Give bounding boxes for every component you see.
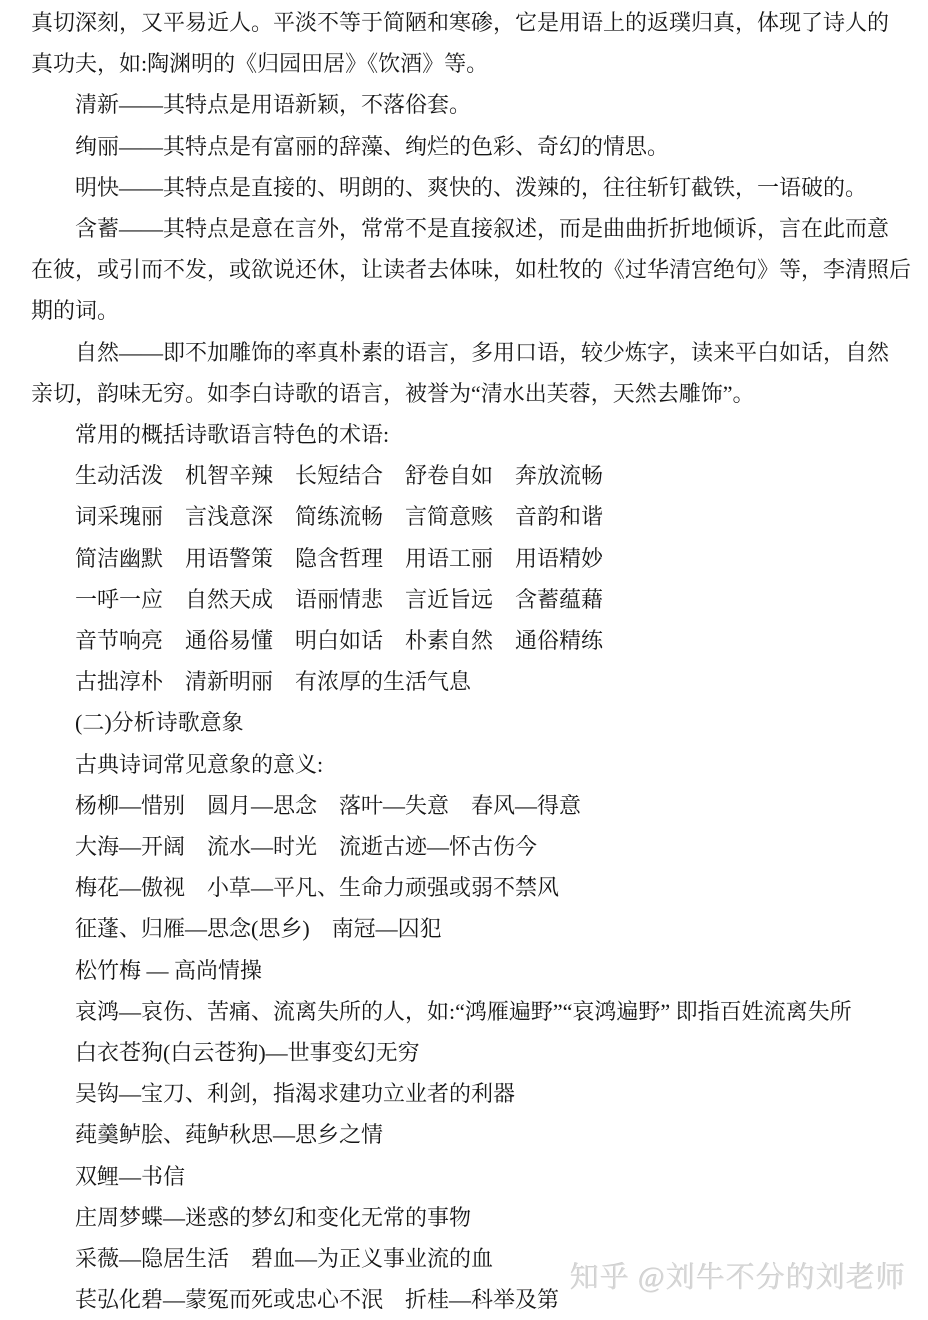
paragraph-qingxin: 清新——其特点是用语新颖，不落俗套。 [31,84,910,125]
paragraph-ziran: 自然——即不加雕饰的率真朴素的语言，多用口语，较少炼字，读来平白如话，自然 亲切… [31,332,910,414]
term-list-row: 简洁幽默 用语警策 隐含哲理 用语工丽 用语精妙 [31,538,910,579]
paragraph-continuation: 真切深刻，又平易近人。平淡不等于简陋和寒碜，它是用语上的返璞归真，体现了诗人的 … [31,2,910,84]
term-list-row: 词采瑰丽 言浅意深 简练流畅 言简意赅 音韵和谐 [31,496,910,537]
term-list-row: 生动活泼 机智辛辣 长短结合 舒卷自如 奔放流畅 [31,455,910,496]
imagery-row: 杨柳—惜别 圆月—思念 落叶—失意 春风—得意 [31,785,910,826]
paragraph-imagery-heading: 古典诗词常见意象的意义: [31,744,910,785]
watermark-text: 知乎 @刘牛不分的刘老师 [570,1262,906,1294]
imagery-row: 大海—开阔 流水—时光 流逝古迹—怀古伤今 [31,826,910,867]
imagery-row: 莼羹鲈脍、莼鲈秋思—思乡之情 [31,1114,910,1155]
imagery-row: 庄周梦蝶—迷惑的梦幻和变化无常的事物 [31,1197,910,1238]
document-body: 真切深刻，又平易近人。平淡不等于简陋和寒碜，它是用语上的返璞归真，体现了诗人的 … [31,2,910,1320]
imagery-row: 松竹梅 — 高尚情操 [31,950,910,991]
term-list-row: 一呼一应 自然天成 语丽情悲 言近旨远 含蓄蕴藉 [31,579,910,620]
paragraph-mingkuai: 明快——其特点是直接的、明朗的、爽快的、泼辣的，往往斩钉截铁，一语破的。 [31,167,910,208]
term-list-row: 古拙淳朴 清新明丽 有浓厚的生活气息 [31,661,910,702]
paragraph-terms-heading: 常用的概括诗歌语言特色的术语: [31,414,910,455]
section-heading-imagery: (二)分析诗歌意象 [31,702,910,743]
term-list-row: 音节响亮 通俗易懂 明白如话 朴素自然 通俗精练 [31,620,910,661]
paragraph-hanxu: 含蓄——其特点是意在言外，常常不是直接叙述，而是曲曲折折地倾诉，言在此而意 在彼… [31,208,910,332]
zhihu-watermark: 知乎 @刘牛不分的刘老师 [570,1258,906,1299]
imagery-row: 双鲤—书信 [31,1156,910,1197]
imagery-row: 梅花—傲视 小草—平凡、生命力顽强或弱不禁风 [31,867,910,908]
imagery-row: 哀鸿—哀伤、苦痛、流离失所的人，如:“鸿雁遍野”“哀鸿遍野” 即指百姓流离失所 [31,991,910,1032]
imagery-row: 白衣苍狗(白云苍狗)—世事变幻无穷 [31,1032,910,1073]
paragraph-xuanli: 绚丽——其特点是有富丽的辞藻、绚烂的色彩、奇幻的情思。 [31,126,910,167]
imagery-row: 征蓬、归雁—思念(思乡) 南冠—囚犯 [31,908,910,949]
document-page: 真切深刻，又平易近人。平淡不等于简陋和寒碜，它是用语上的返璞归真，体现了诗人的 … [0,0,928,1320]
imagery-row: 吴钩—宝刀、利剑，指渴求建功立业者的利器 [31,1073,910,1114]
